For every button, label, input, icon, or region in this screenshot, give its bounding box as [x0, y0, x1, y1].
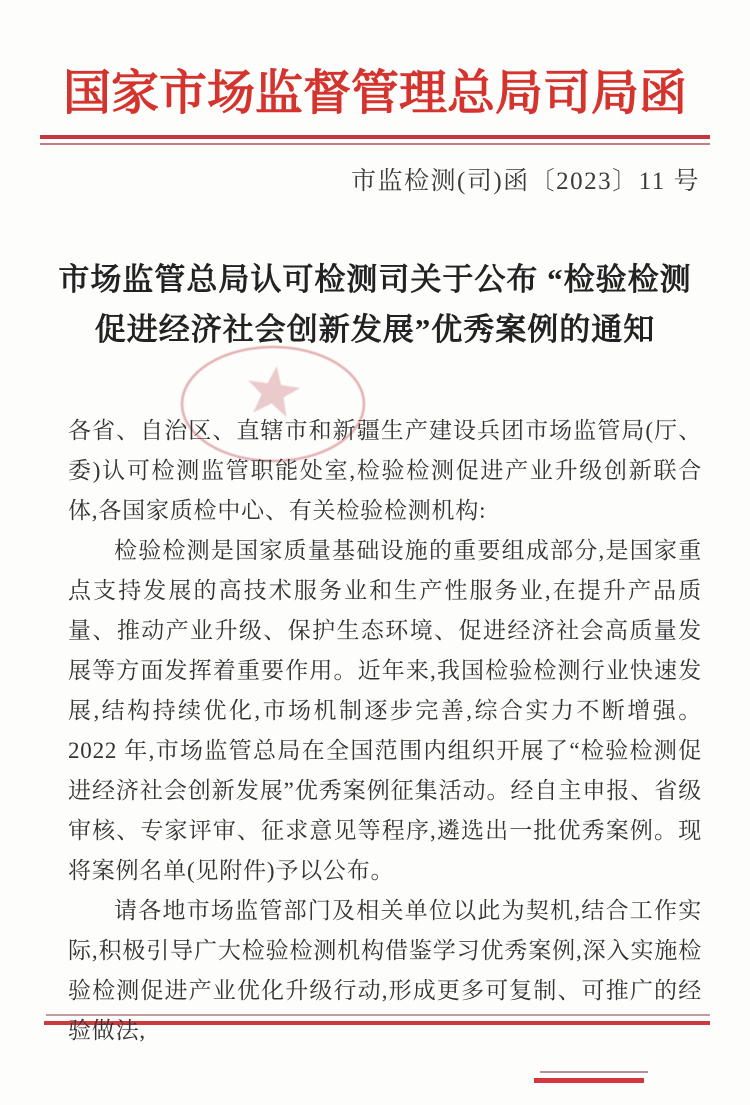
body-paragraph: 检验检测是国家质量基础设施的重要组成部分,是国家重点支持发展的高技术服务业和生产… — [68, 531, 702, 891]
body-paragraph: 请各地市场监管部门及相关单位以此为契机,结合工作实际,积极引导广大检验检测机构借… — [68, 891, 702, 1051]
notice-title-line1: 市场监管总局认可检测司关于公布 “检验检测 — [0, 255, 750, 305]
notice-body: 各省、自治区、直辖市和新疆生产建设兵团市场监管局(厅、委)认可检测监管职能处室,… — [68, 411, 702, 1051]
letterhead-divider — [40, 135, 710, 147]
notice-title: 市场监管总局认可检测司关于公布 “检验检测 促进经济社会创新发展”优秀案例的通知 — [0, 255, 750, 355]
salutation: 各省、自治区、直辖市和新疆生产建设兵团市场监管局(厅、委)认可检测监管职能处室,… — [68, 411, 702, 531]
letterhead-title: 国家市场监督管理总局司局函 — [0, 60, 750, 128]
divider-line-thin — [40, 143, 710, 145]
divider-line-thick — [40, 135, 710, 139]
bottom-short-line-thin — [540, 1071, 648, 1073]
document-number: 市监检测(司)函〔2023〕11 号 — [0, 165, 750, 199]
document-page: 国家市场监督管理总局司局函 市监检测(司)函〔2023〕11 号 市场监管总局认… — [0, 0, 750, 1105]
notice-title-line2: 促进经济社会创新发展”优秀案例的通知 — [0, 305, 750, 355]
bottom-short-line-thick — [534, 1078, 644, 1083]
bottom-divider-short — [534, 1071, 648, 1083]
